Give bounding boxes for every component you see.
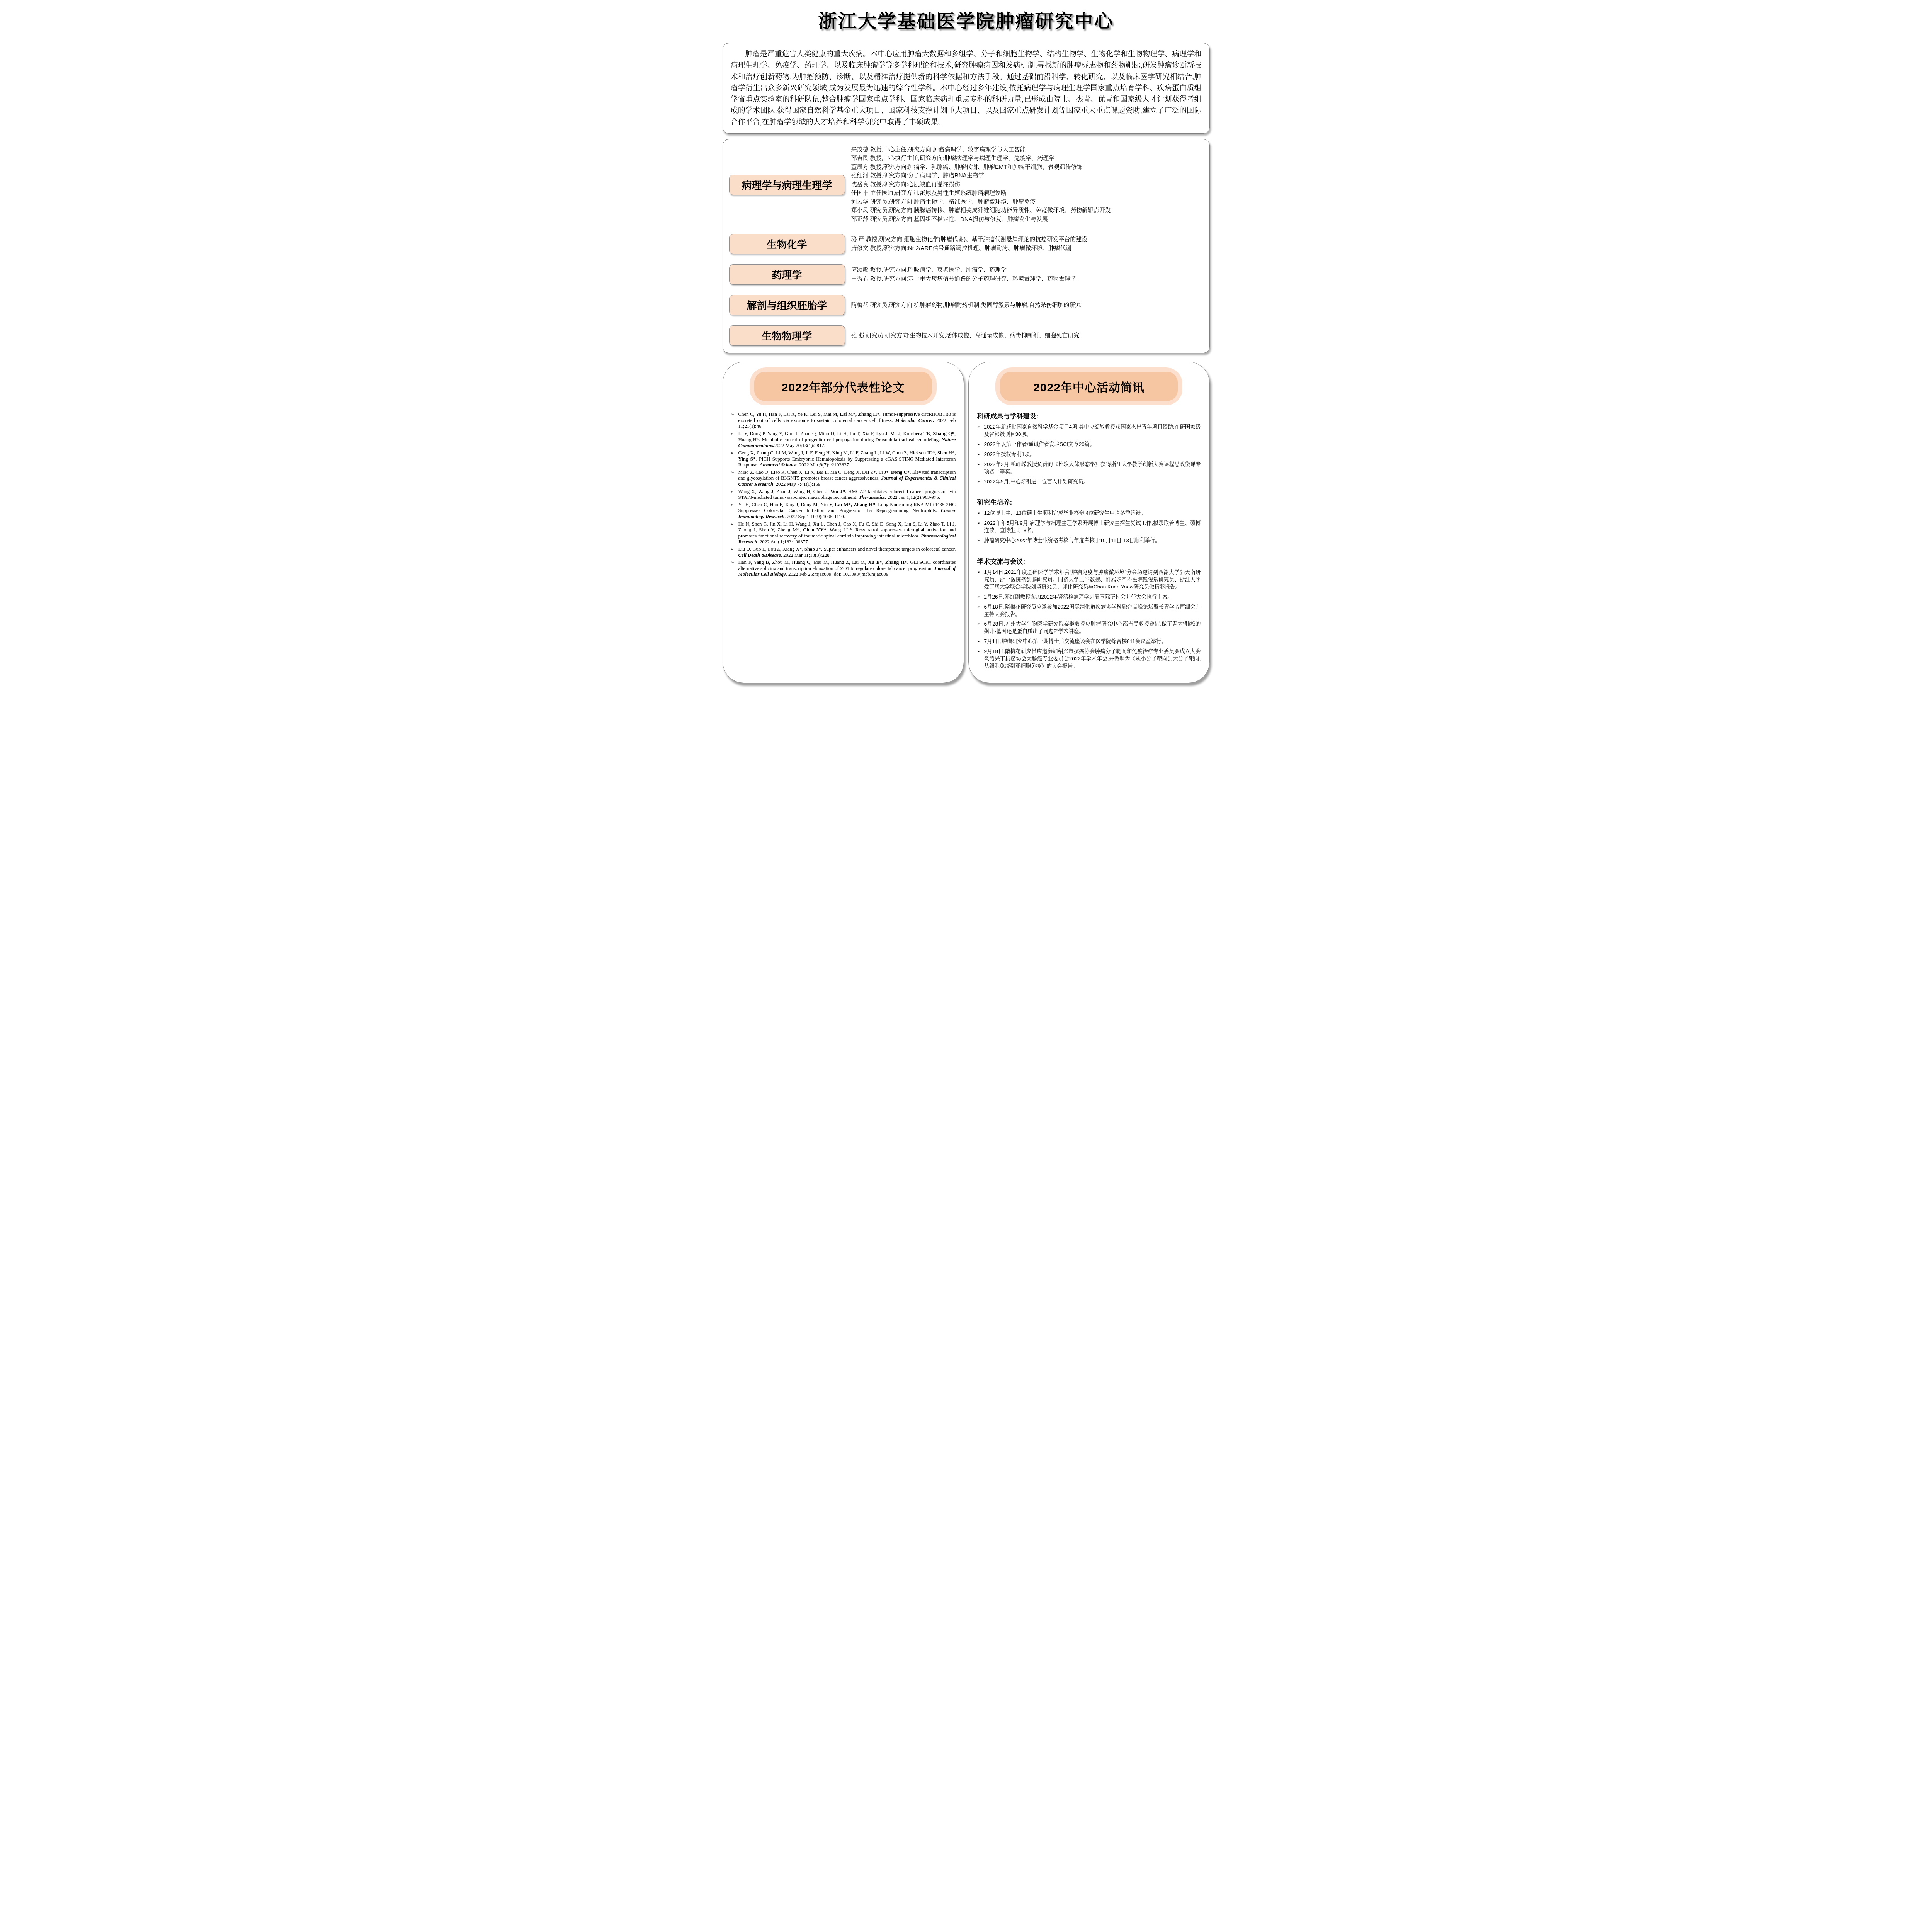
activity-section: 科研成果与学科建设:➢2022年新获批国家自然科学基金项目4项,其中应颂敏教授获… xyxy=(977,411,1201,485)
papers-panel: 2022年部分代表性论文 ➢Chen C, Yu H, Han F, Lai X… xyxy=(723,362,964,683)
arrow-bullet-icon: ➢ xyxy=(731,560,734,565)
page-title: 浙江大学基础医学院肿瘤研究中心 xyxy=(709,6,1223,33)
faculty-member: 张 强 研究员,研究方向:生物技术开发,活体成像、高通量成像、病毒抑制剂、细胞死… xyxy=(851,332,1203,340)
faculty-member: 应颂敏 教授,研究方向:呼吸病学、衰老医学、肿瘤学、药理学 xyxy=(851,266,1203,275)
paper-text-segment: Yu H, Chen C, Han F, Tang J, Deng M, Niu… xyxy=(738,502,835,507)
arrow-bullet-icon: ➢ xyxy=(731,547,734,552)
activity-text: 12位博士生、13位硕士生顺利完成毕业答辩,4位研究生申请冬季答辩。 xyxy=(984,510,1146,516)
bottom-area: 2022年部分代表性论文 ➢Chen C, Yu H, Han F, Lai X… xyxy=(723,362,1210,683)
poster-page: 浙江大学基础医学院肿瘤研究中心 肿瘤是严重危害人类健康的重大疾病。本中心应用肿瘤… xyxy=(709,0,1223,685)
faculty-member: 刘云华 研究员,研究方向:肿瘤生物学、精准医学、肿瘤微环境、肿瘤免疫 xyxy=(851,198,1203,207)
paper-text-segment: . 2022 Mar 11;13(3):228. xyxy=(781,553,831,558)
paper-text-segment: . 2022 Aug 1;183:106377. xyxy=(757,539,809,544)
paper-text-segment: Zhang Q* xyxy=(933,431,954,436)
member-list: 张 强 研究员,研究方向:生物技术开发,活体成像、高通量成像、病毒抑制剂、细胞死… xyxy=(845,332,1203,340)
paper-text-segment: . 2022 May 7;41(1):169. xyxy=(773,481,821,487)
faculty-groups: 病理学与病理生理学来茂德 教授,中心主任,研究方向:肿瘤病理学、数字病理学与人工… xyxy=(729,146,1203,346)
intro-box: 肿瘤是严重危害人类健康的重大疾病。本中心应用肿瘤大数据和多组学、分子和细胞生物学… xyxy=(723,43,1210,134)
member-list: 应颂敏 教授,研究方向:呼吸病学、衰老医学、肿瘤学、药理学王秀君 教授,研究方向… xyxy=(845,266,1203,283)
activity-item: ➢2022年以第一作者/通讯作者发表SCI文章20篇。 xyxy=(977,441,1201,448)
activity-item: ➢9月18日,隋梅花研究员应邀参加绍兴市抗癌协会肿瘤分子靶向和免疫治疗专业委员会… xyxy=(977,648,1201,670)
paper-text-segment: Wu J* xyxy=(831,489,845,494)
faculty-member: 唐修文 教授,研究方向:Nrf2/ARE信号通路调控机理、肿瘤耐药、肿瘤微环境、… xyxy=(851,244,1203,253)
papers-header-pill: 2022年部分代表性论文 xyxy=(750,367,937,405)
paper-item: ➢Geng X, Zhang C, Li M, Wang J, Ji F, Fe… xyxy=(731,450,956,468)
activity-text: 2022年3月,毛峥嵘教授负责的《比较人体形态学》获得浙江大学教学创新大赛课程思… xyxy=(984,461,1201,474)
faculty-member: 郑小凤 研究员,研究方向:胰腺癌转移、肿瘤相关成纤维细胞功能异质性、免疫微环境、… xyxy=(851,206,1203,215)
activity-text: 2022年年5月和9月,病理学与病理生理学系开展博士研究生招生复试工作,拟录取普… xyxy=(984,520,1201,533)
faculty-group: 生物化学骆 严 教授,研究方向:细胞生物化学(肿瘤代谢)、基于肿瘤代谢悬崖理论的… xyxy=(729,234,1203,254)
paper-text-segment: Chen YY* xyxy=(803,527,826,532)
paper-item: ➢Chen C, Yu H, Han F, Lai X, Ye K, Lei S… xyxy=(731,412,956,430)
paper-text-segment: Geng X, Zhang C, Li M, Wang J, Ji F, Fen… xyxy=(738,450,956,456)
activity-text: 7月1日,肿瘤研究中心第一期博士后交流座谈会在医学院综合楼811会议室举行。 xyxy=(984,638,1167,644)
department-label: 解剖与组织胚胎学 xyxy=(729,295,845,315)
faculty-member: 邵正萍 研究员,研究方向:基因组不稳定性、DNA损伤与修复、肿瘤发生与发展 xyxy=(851,215,1203,224)
intro-text: 肿瘤是严重危害人类健康的重大疾病。本中心应用肿瘤大数据和多组学、分子和细胞生物学… xyxy=(731,49,1202,128)
faculty-member: 邵吉民 教授,中心执行主任,研究方向:肿瘤病理学与病理生理学、免疫学、药理学 xyxy=(851,154,1203,163)
activities-header-text: 2022年中心活动简讯 xyxy=(1000,372,1178,401)
faculty-group: 病理学与病理生理学来茂德 教授,中心主任,研究方向:肿瘤病理学、数字病理学与人工… xyxy=(729,146,1203,224)
faculty-member: 沈岳良 教授,研究方向:心肌缺血再灌注损伤 xyxy=(851,180,1203,189)
paper-text-segment: Shao J* xyxy=(804,546,821,552)
paper-text-segment: Han F, Yang B, Zhou M, Huang Q, Mai M, H… xyxy=(738,560,868,565)
activity-item: ➢2月26日,邓红副教授参加2022年肾活检病理学进展国际研讨会并任大会执行主席… xyxy=(977,594,1201,601)
paper-text-segment: Chen C, Yu H, Han F, Lai X, Ye K, Lei S,… xyxy=(738,412,840,417)
arrow-bullet-icon: ➢ xyxy=(977,461,981,467)
paper-text-segment: . 2022 Feb 26:mjac009. doi: 10.1093/jmcb… xyxy=(786,571,890,577)
arrow-bullet-icon: ➢ xyxy=(977,479,981,485)
arrow-bullet-icon: ➢ xyxy=(977,594,981,600)
activity-text: 6月18日,隋梅花研究员应邀参加2022国际消化道疾病多学科融合高峰论坛暨长青学… xyxy=(984,604,1201,617)
member-list: 来茂德 教授,中心主任,研究方向:肿瘤病理学、数字病理学与人工智能邵吉民 教授,… xyxy=(845,146,1203,224)
activity-text: 肿瘤研究中心2022年博士生资格考核与年度考核于10月11日-13日顺利举行。 xyxy=(984,537,1161,543)
papers-header-text: 2022年部分代表性论文 xyxy=(754,372,932,401)
faculty-member: 董辰方 教授,研究方向:肿瘤学、乳腺癌、肿瘤代谢、肿瘤EMT和肿瘤干细胞、表观遗… xyxy=(851,163,1203,172)
paper-item: ➢Miao Z, Cao Q, Liao R, Chen X, Li X, Ba… xyxy=(731,469,956,488)
activity-section-heading: 学术交流与会议: xyxy=(977,556,1201,566)
paper-text-segment: Lai M*, Zhang H* xyxy=(840,412,879,417)
paper-item: ➢He N, Shen G, Jin X, Li H, Wang J, Xu L… xyxy=(731,521,956,545)
activity-text: 2022年5月,中心新引进一位百人计划研究员。 xyxy=(984,479,1089,485)
paper-text-segment: 2022 Mar;9(7):e2103837. xyxy=(798,462,850,468)
faculty-box: 病理学与病理生理学来茂德 教授,中心主任,研究方向:肿瘤病理学、数字病理学与人工… xyxy=(723,139,1210,354)
paper-item: ➢Yu H, Chen C, Han F, Tang J, Deng M, Ni… xyxy=(731,502,956,520)
arrow-bullet-icon: ➢ xyxy=(731,489,734,494)
activity-item: ➢12位博士生、13位硕士生顺利完成毕业答辩,4位研究生申请冬季答辩。 xyxy=(977,510,1201,517)
activity-text: 2月26日,邓红副教授参加2022年肾活检病理学进展国际研讨会并任大会执行主席。 xyxy=(984,594,1173,600)
activity-item: ➢2022年年5月和9月,病理学与病理生理学系开展博士研究生招生复试工作,拟录取… xyxy=(977,520,1201,534)
arrow-bullet-icon: ➢ xyxy=(977,537,981,543)
arrow-bullet-icon: ➢ xyxy=(977,520,981,526)
arrow-bullet-icon: ➢ xyxy=(977,510,981,516)
paper-text-segment: Advanced Science. xyxy=(760,462,798,468)
activity-item: ➢6月28日,苏州大学生物医学研究院秦樾教授应肿瘤研究中心邵吉民教授邀请,做了题… xyxy=(977,621,1201,635)
activity-section: 学术交流与会议:➢1月14日,2021年度基础医学学术年会“肿瘤免疫与肿瘤微环境… xyxy=(977,556,1201,670)
arrow-bullet-icon: ➢ xyxy=(731,470,734,475)
arrow-bullet-icon: ➢ xyxy=(977,648,981,654)
activities-sections: 科研成果与学科建设:➢2022年新获批国家自然科学基金项目4项,其中应颂敏教授获… xyxy=(975,411,1203,670)
department-label: 药理学 xyxy=(729,264,845,285)
arrow-bullet-icon: ➢ xyxy=(731,522,734,527)
faculty-group: 药理学应颂敏 教授,研究方向:呼吸病学、衰老医学、肿瘤学、药理学王秀君 教授,研… xyxy=(729,264,1203,285)
paper-text-segment: Miao Z, Cao Q, Liao R, Chen X, Li X, Bai… xyxy=(738,469,891,475)
faculty-member: 任国平 主任医师,研究方向:泌尿及男性生殖系统肿瘤病理诊断 xyxy=(851,189,1203,198)
paper-item: ➢Han F, Yang B, Zhou M, Huang Q, Mai M, … xyxy=(731,560,956,578)
member-list: 隋梅花 研究员,研究方向:抗肿瘤药物,肿瘤耐药机制,类固醇激素与肿瘤,自然杀伤细… xyxy=(845,301,1203,310)
arrow-bullet-icon: ➢ xyxy=(731,502,734,507)
activity-item: ➢2022年新获批国家自然科学基金项目4项,其中应颂敏教授获国家杰出青年项目资助… xyxy=(977,423,1201,438)
department-label: 生物物理学 xyxy=(729,325,845,346)
paper-text-segment: . Super-enhancers and novel therapeutic … xyxy=(821,546,956,552)
activity-text: 2022年授权专利1项。 xyxy=(984,451,1035,457)
activity-section-heading: 研究生培养: xyxy=(977,497,1201,507)
paper-item: ➢Liu Q, Guo L, Lou Z, Xiang X*, Shao J*.… xyxy=(731,546,956,558)
paper-item: ➢Wang X, Wang J, Zhao J, Wang H, Chen J,… xyxy=(731,489,956,501)
papers-list: ➢Chen C, Yu H, Han F, Lai X, Ye K, Lei S… xyxy=(729,411,957,578)
activity-item: ➢2022年授权专利1项。 xyxy=(977,451,1201,458)
activity-section: 研究生培养:➢12位博士生、13位硕士生顺利完成毕业答辩,4位研究生申请冬季答辩… xyxy=(977,497,1201,544)
faculty-group: 生物物理学张 强 研究员,研究方向:生物技术开发,活体成像、高通量成像、病毒抑制… xyxy=(729,325,1203,346)
paper-text-segment: Theranostics. xyxy=(859,495,886,500)
department-label: 生物化学 xyxy=(729,234,845,254)
activity-section-heading: 科研成果与学科建设: xyxy=(977,411,1201,420)
department-label: 病理学与病理生理学 xyxy=(729,175,845,195)
paper-text-segment: Molecular Cancer. xyxy=(895,418,934,423)
arrow-bullet-icon: ➢ xyxy=(731,431,734,436)
activity-text: 1月14日,2021年度基础医学学术年会“肿瘤免疫与肿瘤微环境”分会场邀请到西湖… xyxy=(984,569,1201,590)
paper-text-segment: Ying S* xyxy=(738,456,756,462)
arrow-bullet-icon: ➢ xyxy=(731,451,734,456)
paper-text-segment: Li Y, Dong P, Yang Y, Guo T, Zhao Q, Mia… xyxy=(738,431,933,436)
faculty-group: 解剖与组织胚胎学隋梅花 研究员,研究方向:抗肿瘤药物,肿瘤耐药机制,类固醇激素与… xyxy=(729,295,1203,315)
arrow-bullet-icon: ➢ xyxy=(977,569,981,575)
activity-item: ➢7月1日,肿瘤研究中心第一期博士后交流座谈会在医学院综合楼811会议室举行。 xyxy=(977,638,1201,645)
arrow-bullet-icon: ➢ xyxy=(731,412,734,417)
faculty-member: 来茂德 教授,中心主任,研究方向:肿瘤病理学、数字病理学与人工智能 xyxy=(851,146,1203,155)
activity-item: ➢2022年5月,中心新引进一位百人计划研究员。 xyxy=(977,478,1201,486)
activity-text: 9月18日,隋梅花研究员应邀参加绍兴市抗癌协会肿瘤分子靶向和免疫治疗专业委员会成… xyxy=(984,648,1201,669)
activity-text: 6月28日,苏州大学生物医学研究院秦樾教授应肿瘤研究中心邵吉民教授邀请,做了题为… xyxy=(984,621,1201,634)
paper-text-segment: Xu E*, Zhang H* xyxy=(868,560,907,565)
paper-item: ➢Li Y, Dong P, Yang Y, Guo T, Zhao Q, Mi… xyxy=(731,431,956,449)
paper-text-segment: Cell Death &Disease xyxy=(738,553,781,558)
arrow-bullet-icon: ➢ xyxy=(977,604,981,610)
activity-item: ➢2022年3月,毛峥嵘教授负责的《比较人体形态学》获得浙江大学教学创新大赛课程… xyxy=(977,461,1201,476)
arrow-bullet-icon: ➢ xyxy=(977,451,981,457)
arrow-bullet-icon: ➢ xyxy=(977,638,981,644)
paper-text-segment: Wang X, Wang J, Zhao J, Wang H, Chen J, xyxy=(738,489,831,494)
faculty-member: 隋梅花 研究员,研究方向:抗肿瘤药物,肿瘤耐药机制,类固醇激素与肿瘤,自然杀伤细… xyxy=(851,301,1203,310)
activities-header-pill: 2022年中心活动简讯 xyxy=(995,367,1183,405)
faculty-member: 张红河 教授,研究方向:分子病理学、肿瘤RNA生物学 xyxy=(851,172,1203,180)
paper-text-segment: Lai M*, Zhang H* xyxy=(835,502,875,507)
arrow-bullet-icon: ➢ xyxy=(977,441,981,447)
paper-text-segment: 2022 Jan 1;12(2):963-975. xyxy=(886,495,940,500)
activity-text: 2022年以第一作者/通讯作者发表SCI文章20篇。 xyxy=(984,441,1095,447)
activities-panel: 2022年中心活动简讯 科研成果与学科建设:➢2022年新获批国家自然科学基金项… xyxy=(968,362,1210,683)
faculty-member: 骆 严 教授,研究方向:细胞生物化学(肿瘤代谢)、基于肿瘤代谢悬崖理论的抗癌研发… xyxy=(851,235,1203,244)
paper-text-segment: . 2022 Sep 1;10(9):1095-1110. xyxy=(784,514,845,519)
activity-item: ➢肿瘤研究中心2022年博士生资格考核与年度考核于10月11日-13日顺利举行。 xyxy=(977,537,1201,544)
faculty-member: 王秀君 教授,研究方向:基于重大疾病信号通路的分子药理研究、环境毒理学、药物毒理… xyxy=(851,275,1203,284)
paper-text-segment: Liu Q, Guo L, Lou Z, Xiang X*, xyxy=(738,546,804,552)
paper-text-segment: 2022 May 20;13(1):2817. xyxy=(774,443,825,448)
activity-text: 2022年新获批国家自然科学基金项目4项,其中应颂敏教授获国家杰出青年项目资助;… xyxy=(984,424,1201,437)
activity-item: ➢1月14日,2021年度基础医学学术年会“肿瘤免疫与肿瘤微环境”分会场邀请到西… xyxy=(977,569,1201,591)
arrow-bullet-icon: ➢ xyxy=(977,424,981,430)
activity-item: ➢6月18日,隋梅花研究员应邀参加2022国际消化道疾病多学科融合高峰论坛暨长青… xyxy=(977,604,1201,618)
arrow-bullet-icon: ➢ xyxy=(977,621,981,627)
paper-text-segment: Dong C* xyxy=(891,469,910,475)
member-list: 骆 严 教授,研究方向:细胞生物化学(肿瘤代谢)、基于肿瘤代谢悬崖理论的抗癌研发… xyxy=(845,235,1203,253)
